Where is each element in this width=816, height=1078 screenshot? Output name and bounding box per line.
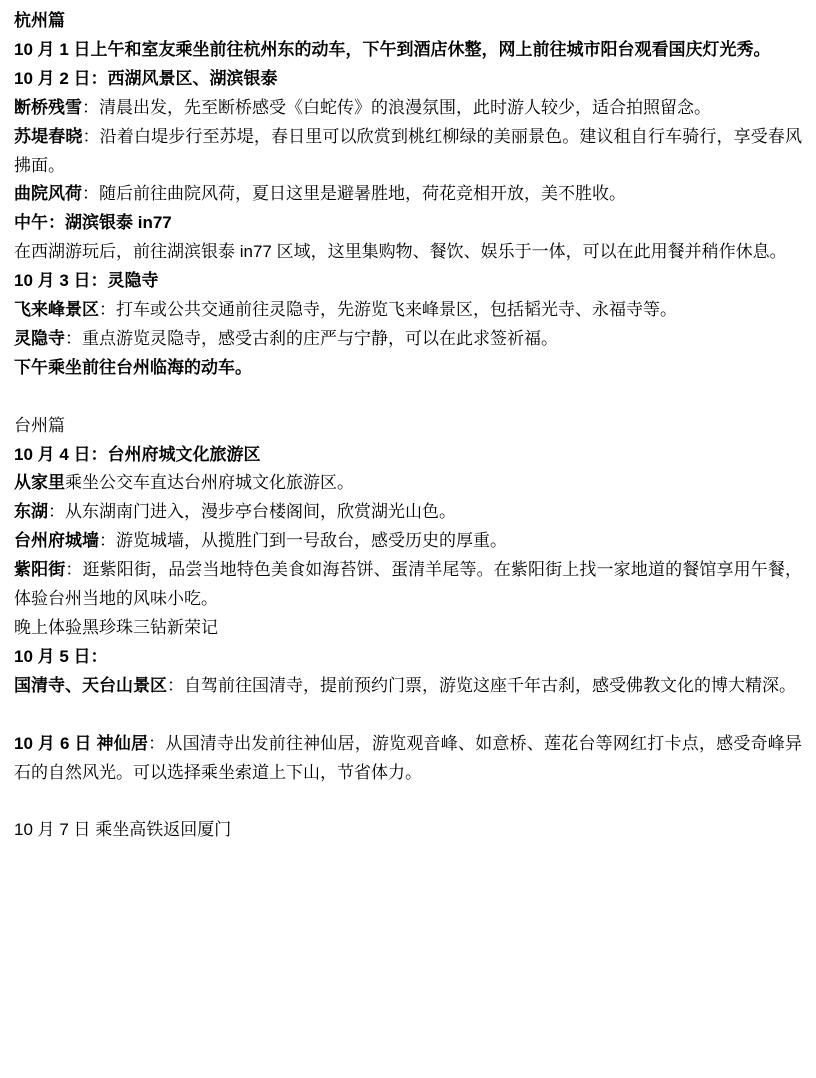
text-run: 台州篇 (14, 416, 65, 435)
item-description: 乘坐公交车直达台州府城文化旅游区。 (65, 473, 354, 492)
item-label: 飞来峰景区 (14, 300, 99, 319)
blank-line (14, 701, 802, 730)
section-title-hangzhou: 杭州篇 (14, 7, 802, 36)
item-label: 苏堤春晓 (14, 127, 83, 146)
evening-xinrongji-note: 晚上体验黑珍珠三钻新荣记 (14, 614, 802, 643)
item-lingyin-temple: 灵隐寺：重点游览灵隐寺，感受古刹的庄严与宁静，可以在此求签祈福。 (14, 325, 802, 354)
item-su-causeway: 苏堤春晓：沿着白堤步行至苏堤，春日里可以欣赏到桃红柳绿的美丽景色。建议租自行车骑… (14, 123, 802, 181)
item-guoqing-temple: 国清寺、天台山景区：自驾前往国清寺，提前预约门票，游览这座千年古刹，感受佛教文化… (14, 672, 802, 701)
item-ziyang-street: 紫阳街：逛紫阳街，品尝当地特色美食如海苔饼、蛋清羊尾等。在紫阳街上找一家地道的餐… (14, 556, 802, 614)
item-label: 断桥残雪 (14, 98, 82, 117)
text-run: 10 月 5 日： (14, 647, 108, 666)
text-run: 10 月 2 日：西湖风景区、湖滨银泰 (14, 69, 278, 88)
item-label: 10 月 6 日 神仙居 (14, 734, 148, 753)
item-description: ：重点游览灵隐寺，感受古刹的庄严与宁静，可以在此求签祈福。 (65, 329, 558, 348)
item-feilai-peak: 飞来峰景区：打车或公共交通前往灵隐寺，先游览飞来峰景区，包括韬光寺、永福寺等。 (14, 296, 802, 325)
item-description: ：自驾前往国清寺，提前预约门票，游览这座千年古刹，感受佛教文化的博大精深。 (167, 676, 796, 695)
item-description: ：游览城墙，从揽胜门到一号敌台，感受历史的厚重。 (99, 531, 507, 550)
item-label: 台州府城墙 (14, 531, 99, 550)
item-from-home: 从家里乘坐公交车直达台州府城文化旅游区。 (14, 469, 802, 498)
item-description: ：随后前往曲院风荷，夏日这里是避暑胜地，荷花竞相开放，美不胜收。 (82, 184, 626, 203)
item-label: 灵隐寺 (14, 329, 65, 348)
item-label: 国清寺、天台山景区 (14, 676, 167, 695)
item-quyuan-lotus: 曲院风荷：随后前往曲院风荷，夏日这里是避暑胜地，荷花竞相开放，美不胜收。 (14, 180, 802, 209)
item-label: 从家里 (14, 473, 65, 492)
document-page: 杭州篇 10 月 1 日上午和室友乘坐前往杭州东的动车，下午到酒店休整，网上前往… (0, 0, 816, 1078)
heading-oct-4: 10 月 4 日：台州府城文化旅游区 (14, 441, 802, 470)
section-title-taizhou: 台州篇 (14, 412, 802, 441)
text-run: 中午：湖滨银泰 in77 (14, 213, 172, 232)
text-run: 10 月 7 日 乘坐高铁返回厦门 (14, 820, 231, 839)
text-run: 10 月 3 日：灵隐寺 (14, 271, 159, 290)
heading-oct-2: 10 月 2 日：西湖风景区、湖滨银泰 (14, 65, 802, 94)
item-donghu-lake: 东湖：从东湖南门进入，漫步亭台楼阁间，欣赏湖光山色。 (14, 498, 802, 527)
item-label: 曲院风荷 (14, 184, 82, 203)
text-run: 晚上体验黑珍珠三钻新荣记 (14, 618, 218, 637)
blank-line (14, 383, 802, 412)
heading-noon-in77: 中午：湖滨银泰 in77 (14, 209, 802, 238)
in77-description: 在西湖游玩后，前往湖滨银泰 in77 区域，这里集购物、餐饮、娱乐于一体，可以在… (14, 238, 802, 267)
heading-oct-5: 10 月 5 日： (14, 643, 802, 672)
oct-7-return-note: 10 月 7 日 乘坐高铁返回厦门 (14, 816, 802, 845)
text-run: 10 月 4 日：台州府城文化旅游区 (14, 445, 261, 464)
item-description: ：打车或公共交通前往灵隐寺，先游览飞来峰景区，包括韬光寺、永福寺等。 (99, 300, 677, 319)
text-run: 杭州篇 (14, 11, 65, 30)
item-label: 东湖 (14, 502, 48, 521)
afternoon-train-note: 下午乘坐前往台州临海的动车。 (14, 354, 802, 383)
item-description: ：逛紫阳街，品尝当地特色美食如海苔饼、蛋清羊尾等。在紫阳街上找一家地道的餐馆享用… (14, 560, 802, 608)
item-description: ：清晨出发，先至断桥感受《白蛇传》的浪漫氛围，此时游人较少，适合拍照留念。 (82, 98, 711, 117)
item-oct-6-shenxianju: 10 月 6 日 神仙居：从国清寺出发前往神仙居，游览观音峰、如意桥、莲花台等网… (14, 730, 802, 788)
item-city-wall: 台州府城墙：游览城墙，从揽胜门到一号敌台，感受历史的厚重。 (14, 527, 802, 556)
blank-line (14, 787, 802, 816)
item-label: 紫阳街 (14, 560, 65, 579)
item-description: ：沿着白堤步行至苏堤，春日里可以欣赏到桃红柳绿的美丽景色。建议租自行车骑行，享受… (14, 127, 802, 175)
text-run: 10 月 1 日上午和室友乘坐前往杭州东的动车，下午到酒店休整，网上前往城市阳台… (14, 40, 771, 59)
item-broken-bridge: 断桥残雪：清晨出发，先至断桥感受《白蛇传》的浪漫氛围，此时游人较少，适合拍照留念… (14, 94, 802, 123)
heading-oct-3: 10 月 3 日：灵隐寺 (14, 267, 802, 296)
text-run: 下午乘坐前往台州临海的动车。 (14, 358, 252, 377)
oct-1-itinerary: 10 月 1 日上午和室友乘坐前往杭州东的动车，下午到酒店休整，网上前往城市阳台… (14, 36, 802, 65)
item-description: ：从东湖南门进入，漫步亭台楼阁间，欣赏湖光山色。 (48, 502, 456, 521)
text-run: 在西湖游玩后，前往湖滨银泰 in77 区域，这里集购物、餐饮、娱乐于一体，可以在… (14, 242, 787, 261)
